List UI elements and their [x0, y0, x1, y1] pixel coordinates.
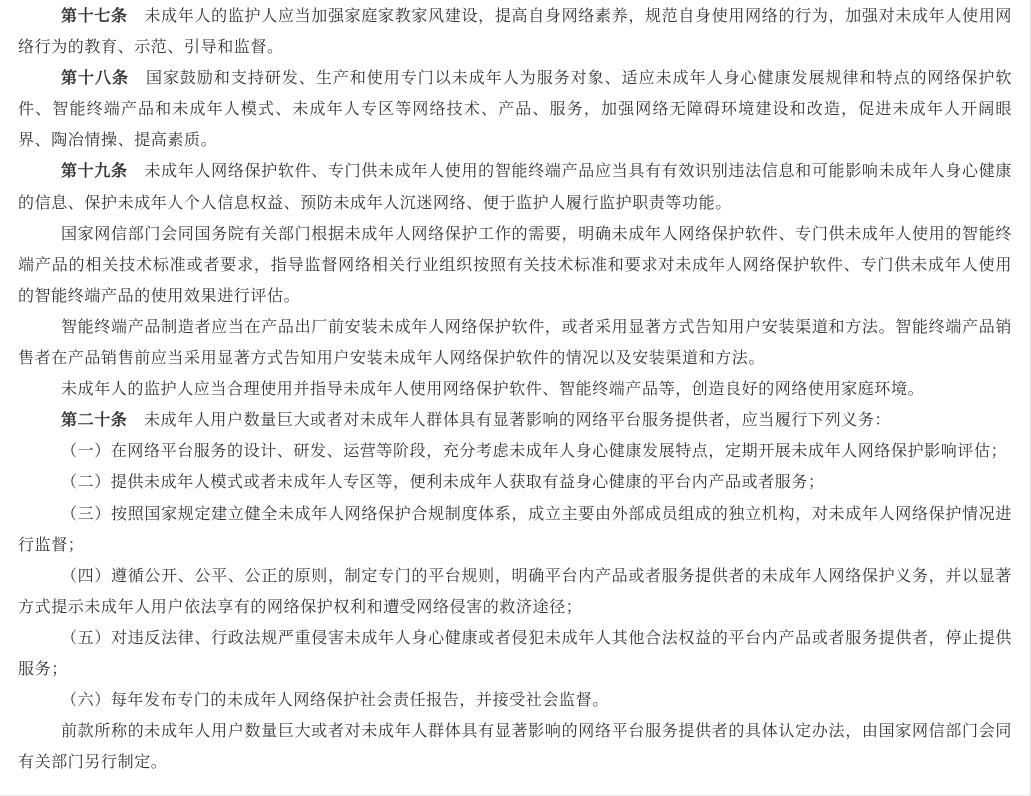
document-body: 第十七条 未成年人的监护人应当加强家庭家教家风建设，提高自身网络素养，规范自身使… — [0, 0, 1030, 795]
article-19-paragraph: 第十九条 未成年人网络保护软件、专门供未成年人使用的智能终端产品应当具有有效识别… — [18, 156, 1012, 218]
article-20-item-5-text: （五）对违反法律、行政法规严重侵害未成年人身心健康或者侵犯未成年人其他合法权益的… — [18, 630, 1012, 678]
article-20-number: 第二十条 — [61, 412, 144, 429]
article-20-item-5-paragraph: （五）对违反法律、行政法规严重侵害未成年人身心健康或者侵犯未成年人其他合法权益的… — [18, 623, 1012, 685]
article-20-item-2-text: （二）提供未成年人模式或者未成年人专区等，便利未成年人获取有益身心健康的平台内产… — [61, 474, 825, 491]
article-17-number: 第十七条 — [61, 8, 144, 25]
article-19-clause-3-text: 智能终端产品制造者应当在产品出厂前安装未成年人网络保护软件，或者采用显著方式告知… — [18, 319, 1012, 367]
article-19-clause-3-paragraph: 智能终端产品制造者应当在产品出厂前安装未成年人网络保护软件，或者采用显著方式告知… — [18, 312, 1012, 374]
article-19-clause-4-paragraph: 未成年人的监护人应当合理使用并指导未成年人使用网络保护软件、智能终端产品等，创造… — [18, 374, 1012, 405]
article-19-text: 未成年人网络保护软件、专门供未成年人使用的智能终端产品应当具有有效识别违法信息和… — [18, 163, 1012, 211]
article-19-clause-2-paragraph: 国家网信部门会同国务院有关部门根据未成年人网络保护工作的需要，明确未成年人网络保… — [18, 219, 1012, 312]
article-20-item-6-paragraph: （六）每年发布专门的未成年人网络保护社会责任报告，并接受社会监督。 — [18, 685, 1012, 716]
article-20-paragraph: 第二十条 未成年人用户数量巨大或者对未成年人群体具有显著影响的网络平台服务提供者… — [18, 405, 1012, 436]
article-20-item-1-paragraph: （一）在网络平台服务的设计、研发、运营等阶段，充分考虑未成年人身心健康发展特点，… — [18, 436, 1012, 467]
article-20-item-3-paragraph: （三）按照国家规定建立健全未成年人网络保护合规制度体系，成立主要由外部成员组成的… — [18, 499, 1012, 561]
article-20-item-2-paragraph: （二）提供未成年人模式或者未成年人专区等，便利未成年人获取有益身心健康的平台内产… — [18, 467, 1012, 498]
article-20-text: 未成年人用户数量巨大或者对未成年人群体具有显著影响的网络平台服务提供者，应当履行… — [144, 412, 891, 429]
article-19-clause-4-text: 未成年人的监护人应当合理使用并指导未成年人使用网络保护软件、智能终端产品等，创造… — [61, 381, 924, 398]
article-18-number: 第十八条 — [61, 70, 146, 87]
article-18-text: 国家鼓励和支持研发、生产和使用专门以未成年人为服务对象、适应未成年人身心健康发展… — [18, 70, 1012, 149]
article-20-item-4-text: （四）遵循公开、公平、公正的原则，制定专门的平台规则，明确平台内产品或者服务提供… — [18, 568, 1012, 616]
regulation-document-page: { "document": { "language": "zh-CN", "co… — [0, 0, 1031, 796]
article-20-closing-paragraph: 前款所称的未成年人用户数量巨大或者对未成年人群体具有显著影响的网络平台服务提供者… — [18, 716, 1012, 778]
article-20-item-1-text: （一）在网络平台服务的设计、研发、运营等阶段，充分考虑未成年人身心健康发展特点，… — [61, 443, 1007, 460]
article-20-item-6-text: （六）每年发布专门的未成年人网络保护社会责任报告，并接受社会监督。 — [61, 692, 609, 709]
article-18-paragraph: 第十八条 国家鼓励和支持研发、生产和使用专门以未成年人为服务对象、适应未成年人身… — [18, 63, 1012, 156]
article-19-clause-2-text: 国家网信部门会同国务院有关部门根据未成年人网络保护工作的需要，明确未成年人网络保… — [18, 226, 1012, 305]
article-20-item-4-paragraph: （四）遵循公开、公平、公正的原则，制定专门的平台规则，明确平台内产品或者服务提供… — [18, 561, 1012, 623]
article-17-text: 未成年人的监护人应当加强家庭家教家风建设，提高自身网络素养，规范自身使用网络的行… — [18, 8, 1012, 56]
article-17-paragraph: 第十七条 未成年人的监护人应当加强家庭家教家风建设，提高自身网络素养，规范自身使… — [18, 1, 1012, 63]
article-20-item-3-text: （三）按照国家规定建立健全未成年人网络保护合规制度体系，成立主要由外部成员组成的… — [18, 506, 1012, 554]
article-20-closing-text: 前款所称的未成年人用户数量巨大或者对未成年人群体具有显著影响的网络平台服务提供者… — [18, 723, 1012, 771]
article-19-number: 第十九条 — [61, 163, 144, 180]
